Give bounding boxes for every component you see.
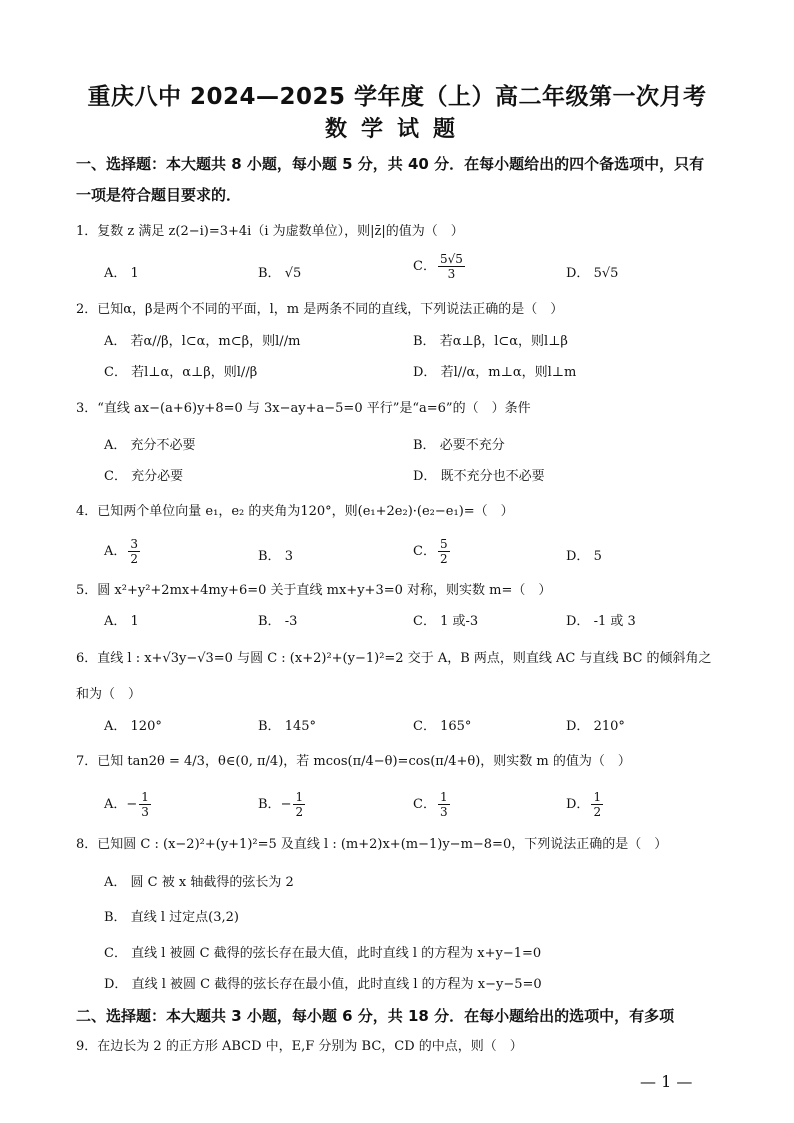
question-6-cont: 和为（ ） — [76, 683, 141, 702]
q6-option-a: A． 120° — [104, 715, 162, 734]
q7-option-a: A．−13 — [104, 790, 153, 819]
question-7: 7．已知 tan2θ = 4/3，θ∈(0, π/4)，若 mcos(π/4−θ… — [76, 750, 631, 769]
q4-option-b: B． 3 — [258, 545, 293, 564]
question-5: 5．圆 x²+y²+2mx+4my+6=0 关于直线 mx+y+3=0 对称，则… — [76, 579, 551, 598]
q5-option-c: C． 1 或-3 — [413, 610, 478, 629]
question-9: 9．在边长为 2 的正方形 ABCD 中，E,F 分别为 BC，CD 的中点，则… — [76, 1035, 523, 1054]
q4-option-a: A．32 — [104, 537, 142, 566]
q4-option-d: D． 5 — [566, 545, 602, 564]
q3-option-b: B． 必要不充分 — [413, 434, 505, 453]
question-2: 2．已知α，β是两个不同的平面，l，m 是两条不同的直线，下列说法正确的是（ ） — [76, 298, 563, 317]
q5-option-a: A． 1 — [104, 610, 139, 629]
q6-option-c: C． 165° — [413, 715, 471, 734]
q3-option-a: A． 充分不必要 — [104, 434, 196, 453]
q3-option-d: D． 既不充分也不必要 — [413, 465, 545, 484]
q3-option-c: C． 充分必要 — [104, 465, 183, 484]
q2-option-c: C． 若l⊥α，α⊥β，则l//β — [104, 361, 257, 380]
q1-option-b: B． √5 — [258, 262, 301, 281]
q7-option-b: B．−12 — [258, 790, 307, 819]
question-6: 6．直线 l : x+√3y−√3=0 与圆 C : (x+2)²+(y−1)²… — [76, 647, 712, 666]
q7-option-c: C．13 — [413, 790, 452, 819]
q1-option-d: D． 5√5 — [566, 262, 618, 281]
q2-option-a: A． 若α//β，l⊂α，m⊂β，则l//m — [104, 330, 300, 349]
q1-option-c: C．5√53 — [413, 252, 467, 281]
q8-option-d: D． 直线 l 被圆 C 截得的弦长存在最小值，此时直线 l 的方程为 x−y−… — [104, 973, 542, 992]
q5-option-b: B． -3 — [258, 610, 297, 629]
q4-option-c: C．52 — [413, 537, 452, 566]
page-number: — 1 — — [640, 1072, 692, 1091]
q6-option-d: D． 210° — [566, 715, 625, 734]
exam-subtitle: 数学试题 — [0, 112, 794, 143]
q5-option-d: D． -1 或 3 — [566, 610, 636, 629]
section-1-heading: 一、选择题：本大题共 8 小题，每小题 5 分，共 40 分．在每小题给出的四个… — [76, 153, 704, 174]
q8-option-b: B． 直线 l 过定点(3,2) — [104, 906, 239, 925]
question-8: 8．已知圆 C : (x−2)²+(y+1)²=5 及直线 l : (m+2)x… — [76, 833, 667, 852]
q2-option-d: D． 若l//α，m⊥α，则l⊥m — [413, 361, 576, 380]
q6-option-b: B． 145° — [258, 715, 316, 734]
q8-option-c: C． 直线 l 被圆 C 截得的弦长存在最大值，此时直线 l 的方程为 x+y−… — [104, 942, 541, 961]
q1-option-a: A． 1 — [104, 262, 139, 281]
q7-option-d: D．12 — [566, 790, 605, 819]
section-2-heading: 二、选择题：本大题共 3 小题，每小题 6 分，共 18 分．在每小题给出的选项… — [76, 1005, 674, 1026]
question-4: 4．已知两个单位向量 e₁，e₂ 的夹角为120°，则(e₁+2e₂)·(e₂−… — [76, 500, 514, 519]
question-1: 1．复数 z 满足 z(2−i)=3+4i（i 为虚数单位），则|z̄|的值为（… — [76, 220, 464, 239]
q8-option-a: A． 圆 C 被 x 轴截得的弦长为 2 — [104, 871, 294, 890]
question-3: 3．“直线 ax−(a+6)y+8=0 与 3x−ay+a−5=0 平行”是“a… — [76, 397, 531, 416]
section-1-heading-cont: 一项是符合题目要求的． — [76, 184, 241, 205]
exam-title: 重庆八中 2024—2025 学年度（上）高二年级第一次月考 — [0, 78, 794, 111]
q2-option-b: B． 若α⊥β，l⊂α，则l⊥β — [413, 330, 568, 349]
